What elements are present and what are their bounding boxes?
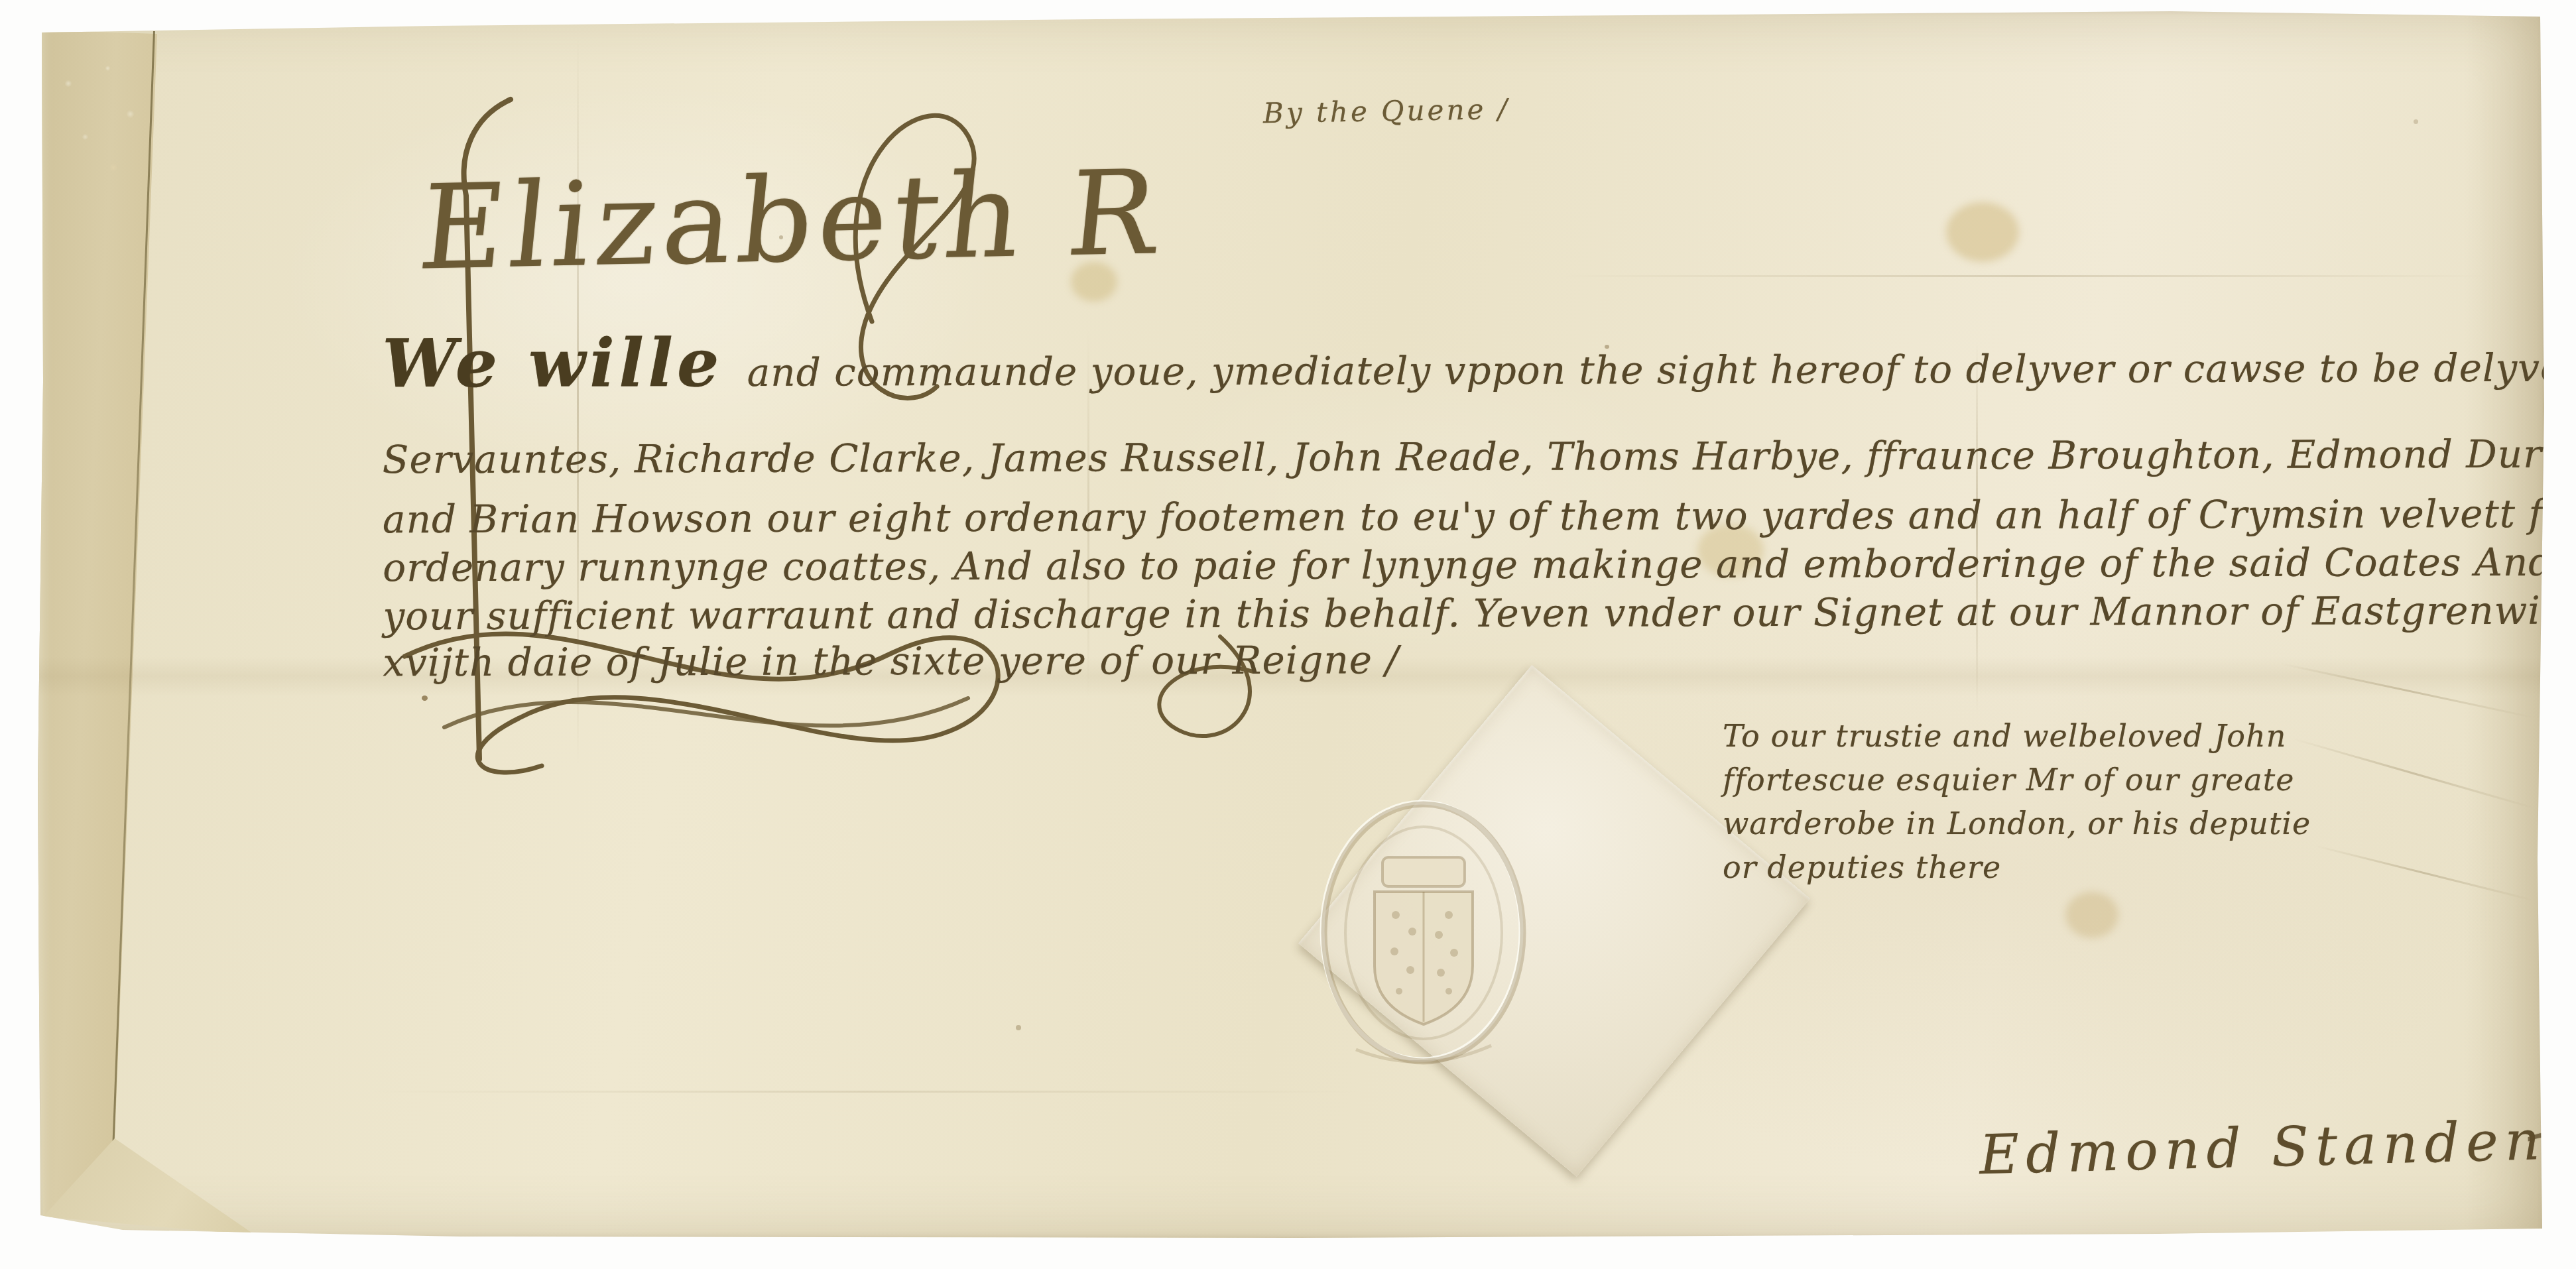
countersignature-swash: ~ [2514, 1102, 2576, 1168]
body-line: xvijth daie of Julie in the sixte yere o… [383, 637, 1399, 685]
address-line: To our trustie and welbeloved John [1723, 714, 2311, 758]
address-line: or deputies there [1723, 845, 2311, 889]
stain [1946, 202, 2019, 262]
body-line-text: and commaunde youe, ymediately vppon the… [747, 344, 2576, 395]
stain [2065, 892, 2118, 938]
address-block: To our trustie and welbeloved John ffort… [1723, 714, 2311, 889]
horizontal-crease [368, 1091, 1363, 1093]
royal-arms-seal-icon [1316, 792, 1535, 1077]
address-line: ffortescue esquier Mr of our greate [1723, 758, 2311, 802]
warrant-body: We willeand commaunde youe, ymediately v… [381, 7, 2569, 13]
opening-words: We wille [382, 324, 723, 402]
parchment-left-fold [36, 10, 176, 1238]
ink-speck [1016, 1025, 1021, 1030]
body-line: and Brian Howson our eight ordenary foot… [383, 491, 2576, 542]
countersignature-name: Edmond Standen [1979, 1109, 2547, 1187]
ink-speck [2414, 119, 2418, 124]
fold-abraded-patch [46, 38, 158, 190]
parchment: By the Quene / Elizabeth R We willeand c… [36, 10, 2544, 1238]
ink-speck [422, 695, 428, 701]
body-line: We willeand commaunde youe, ymediately v… [382, 318, 2576, 403]
superscription: By the Quene / [1263, 93, 1510, 129]
body-line: ordenary runnynge coattes, And also to p… [383, 538, 2576, 590]
scanned-document-page: By the Quene / Elizabeth R We willeand c… [0, 0, 2576, 1269]
body-line: Servauntes, Richarde Clarke, James Russe… [383, 431, 2576, 483]
royal-sign-manual: Elizabeth R [413, 145, 1169, 296]
horizontal-crease [1562, 275, 2490, 277]
address-line: warderobe in London, or his deputie [1723, 802, 2311, 845]
body-line: your sufficient warraunt and discharge i… [383, 587, 2576, 638]
